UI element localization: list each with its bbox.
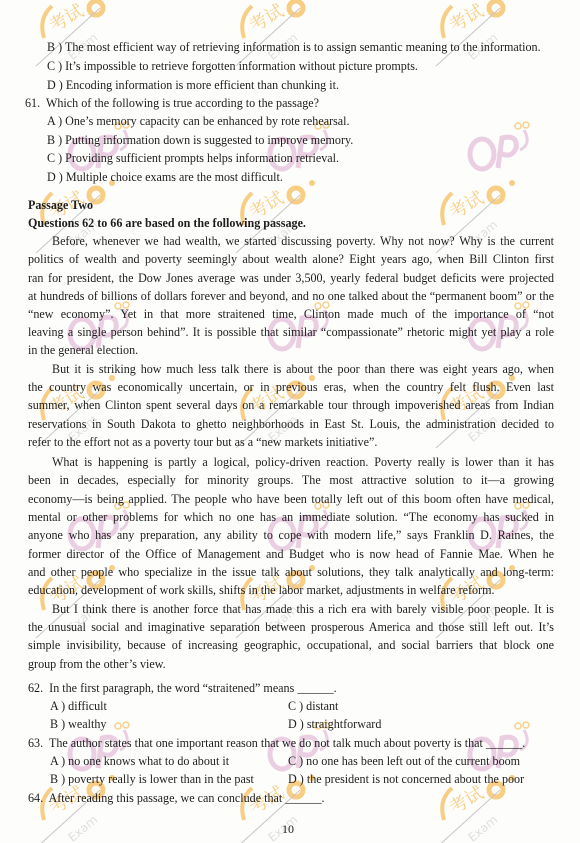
q61-stem: 61. Which of the following is true accor… <box>25 96 319 110</box>
q62-option-c: C ) distant <box>288 699 338 713</box>
q61-option-b: B ) Putting information down is suggeste… <box>47 133 353 147</box>
passage-line: and other people who specialize in the i… <box>28 565 554 579</box>
passage-line: politics of wealth and poverty seemingly… <box>28 252 554 266</box>
q60-option-c: C ) It’s impossible to retrieve forgotte… <box>47 59 418 73</box>
exam-page: 考试Exam考试Exam考试Exam考试Exam考试Exam考试Exam考试Ex… <box>0 0 580 843</box>
q63-option-c: C ) no one has been left out of the curr… <box>288 754 520 768</box>
q63-option-d: D ) the president is not concerned about… <box>288 772 524 786</box>
passage-line: Before, whenever we had wealth, we start… <box>52 234 554 248</box>
passage-line: simple invisibility, because of increasi… <box>28 638 554 652</box>
passage-line: been in decades, especially for minority… <box>28 473 554 487</box>
page-content: B ) The most efficient way of retrieving… <box>0 0 580 843</box>
passage-line: But I think there is another force that … <box>52 602 554 616</box>
passage-line: leaving a single person behind”. It is p… <box>28 325 554 339</box>
q60-option-d: D ) Encoding information is more efficie… <box>47 78 339 92</box>
passage-line: reservations in South Dakota to ghetto n… <box>28 417 554 431</box>
passage-line: the country was economically uncertain, … <box>28 380 554 394</box>
passage-line: refer to the effort not as a poverty tou… <box>28 435 377 449</box>
q62-option-d: D ) straightforward <box>288 717 381 731</box>
passage-line: at hundreds of billions of dollars forev… <box>28 289 554 303</box>
q63-option-b: B ) poverty really is lower than in the … <box>50 772 254 786</box>
passage-line: in the general election. <box>28 343 138 357</box>
passage-line: group from the other’s view. <box>28 657 166 671</box>
passage-title: Passage Two <box>28 198 93 212</box>
q61-option-c: C ) Providing sufficient prompts helps i… <box>47 151 339 165</box>
passage-line: “new economy”. Yet in that more straiten… <box>28 307 554 321</box>
q62-stem: 62. In the first paragraph, the word “st… <box>28 681 337 695</box>
q64-stem: 64. After reading this passage, we can c… <box>28 791 325 805</box>
passage-line: mental or other problems for which no on… <box>28 510 554 524</box>
passage-subtitle: Questions 62 to 66 are based on the foll… <box>28 216 306 230</box>
passage-line: But it is striking how much less talk th… <box>52 362 554 376</box>
page-number: 10 <box>282 822 294 837</box>
q61-option-d: D ) Multiple choice exams are the most d… <box>47 170 283 184</box>
q62-option-b: B ) wealthy <box>50 717 106 731</box>
passage-line: summer, when Clinton spent several days … <box>28 398 554 412</box>
passage-line: ran for president, the Dow Jones average… <box>28 271 554 285</box>
q63-option-a: A ) no one knows what to do about it <box>50 754 229 768</box>
passage-line: former director of the Office of Managem… <box>28 547 554 561</box>
q62-option-a: A ) difficult <box>50 699 107 713</box>
q63-stem: 63. The author states that one important… <box>28 736 525 750</box>
passage-line: anyone who has any preparation, any abil… <box>28 528 554 542</box>
passage-line: education, development of work skills, s… <box>28 583 495 597</box>
passage-line: What is happening is partly a logical, p… <box>52 455 554 469</box>
passage-line: economy—is being applied. The people who… <box>28 492 554 506</box>
q61-option-a: A ) One’s memory capacity can be enhance… <box>47 114 350 128</box>
passage-line: the unusual social and imaginative separ… <box>28 620 554 634</box>
q60-option-b: B ) The most efficient way of retrieving… <box>47 40 541 54</box>
